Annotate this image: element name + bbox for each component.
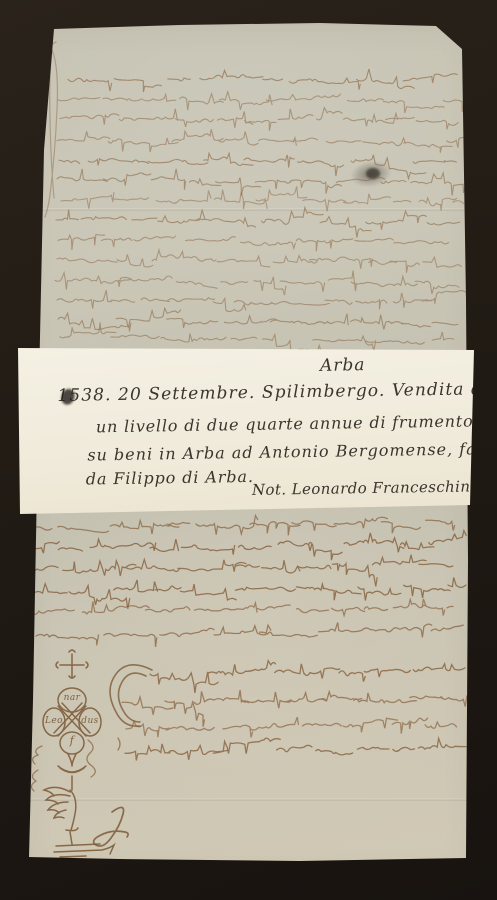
- archive-slip: Arba 1538. 20 Settembre. Spilimbergo. Ve…: [18, 346, 474, 514]
- slip-line-1: 1538. 20 Settembre. Spilimbergo. Vendita…: [57, 379, 489, 406]
- slip-place-heading: Arba: [320, 355, 366, 376]
- slip-line-3: su beni in Arba ad Antonio Bergomense, f…: [87, 439, 497, 465]
- slip-line-4: da Filippo di Arba.: [86, 467, 254, 489]
- slip-line-2: un livello di due quarte annue di frumen…: [96, 411, 474, 436]
- photograph: nar Leo dus f Arba 1538. 20 Settembre. S…: [0, 0, 497, 900]
- slip-notary-line: Not. Leonardo Franceschino: [252, 477, 480, 499]
- archive-slip-text: Arba 1538. 20 Settembre. Spilimbergo. Ve…: [17, 342, 476, 517]
